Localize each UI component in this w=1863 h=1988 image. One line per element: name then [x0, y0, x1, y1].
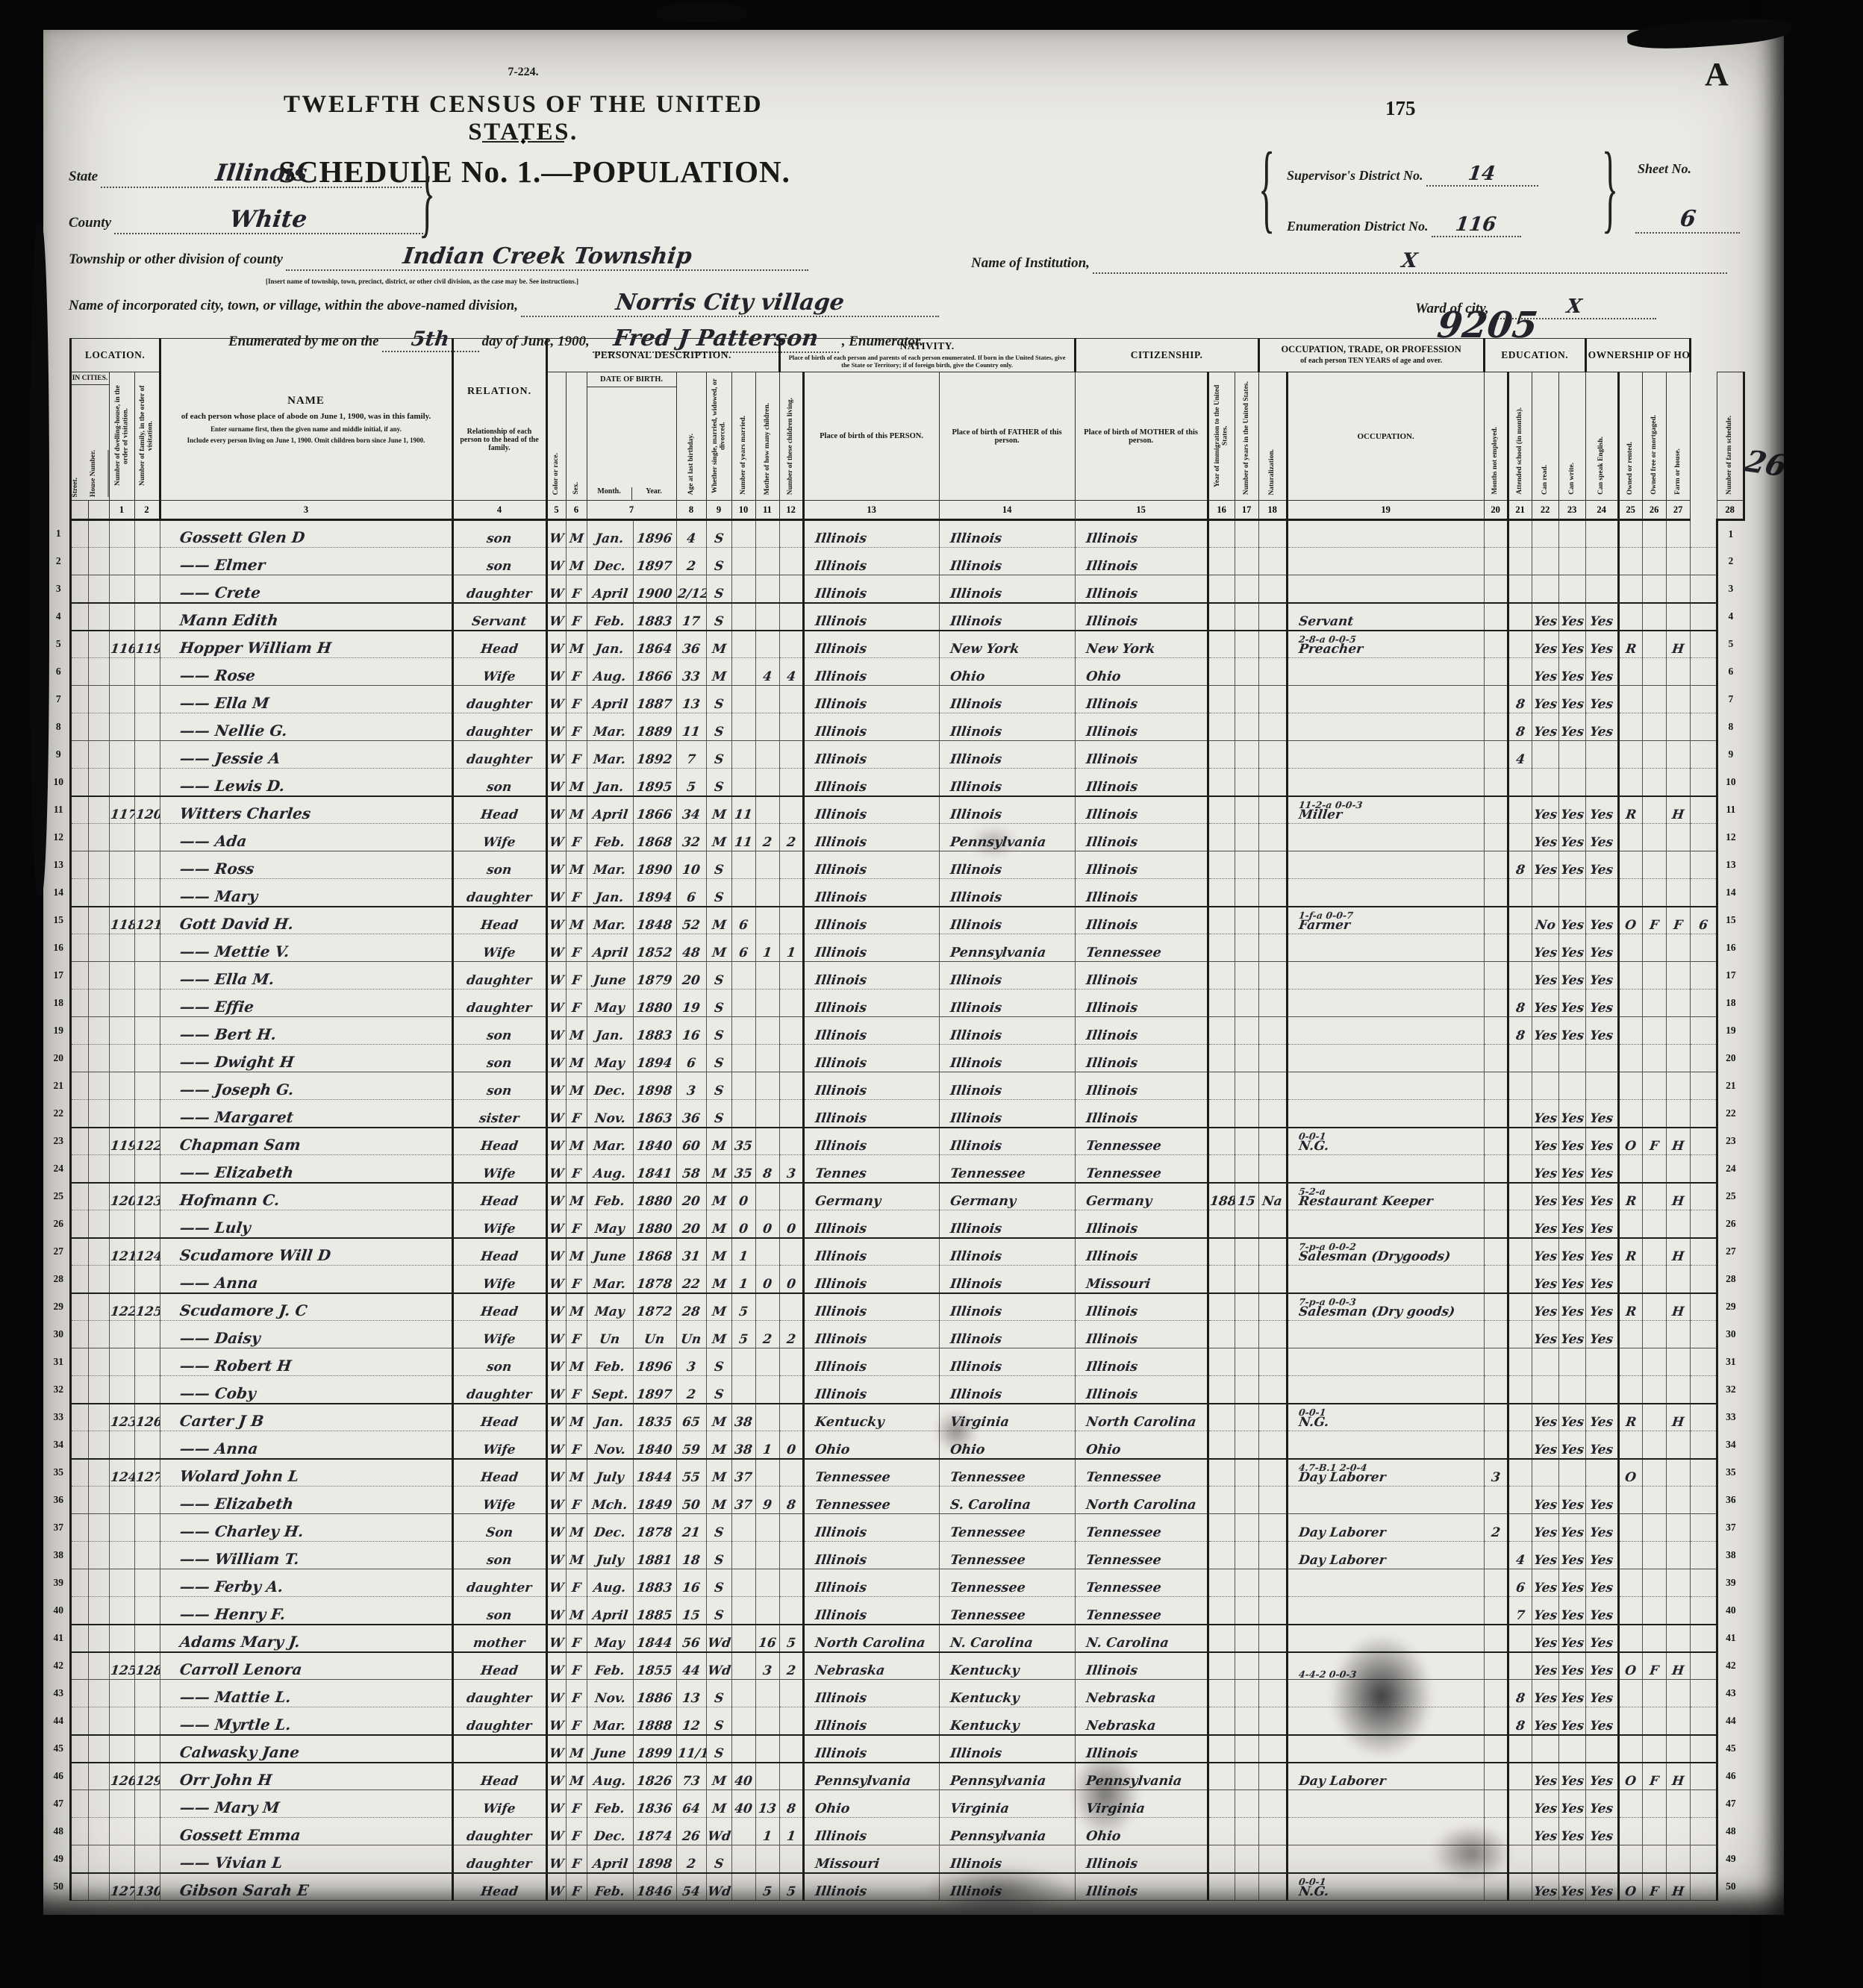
- handwritten-value: 11: [734, 809, 753, 822]
- cell-can-read: Yes: [1532, 1542, 1558, 1569]
- handwritten-value: Illinois: [814, 1527, 867, 1540]
- cell-free-mortgaged: [1642, 1183, 1666, 1210]
- cell-house-number: [88, 1238, 109, 1266]
- handwritten-value: —— Mattie L.: [178, 1690, 291, 1704]
- cell-age: 2: [676, 1376, 706, 1404]
- handwritten-value: Yes: [1589, 1444, 1614, 1457]
- handwritten-value: H: [1671, 1306, 1685, 1319]
- handwritten-value: Illinois: [814, 1223, 867, 1237]
- handwritten-value: 2/12: [676, 588, 706, 601]
- cell-naturalization: [1258, 1238, 1287, 1266]
- cell-marital-status: S: [706, 1514, 731, 1542]
- cell-birth-month: April: [587, 686, 633, 713]
- cell-relation: Wife: [452, 1155, 546, 1183]
- cell-can-read: [1532, 548, 1558, 575]
- cell-relation: daughter: [452, 990, 546, 1017]
- handwritten-value: Yes: [1560, 1416, 1585, 1429]
- cell-name: —— Myrtle L.: [160, 1707, 452, 1735]
- cell-attended-school: [1508, 879, 1532, 907]
- handwritten-value: 1840: [636, 1140, 673, 1153]
- cell-sex: F: [566, 1431, 587, 1459]
- cell-farm-schedule: [1690, 1293, 1717, 1321]
- cell-naturalization: [1258, 1045, 1287, 1072]
- cell-birth-month: May: [587, 1293, 633, 1321]
- cell-mother-of-children: [755, 1514, 779, 1542]
- cell-years-in-us: [1235, 851, 1258, 879]
- cell-family-number: 124: [134, 1238, 160, 1266]
- cell-years-married: [731, 1348, 755, 1376]
- title-divider: ◆: [482, 137, 564, 146]
- handwritten-value: M: [711, 809, 727, 822]
- cell-birth-year: 1899: [633, 1735, 676, 1763]
- cell-farm-house: [1666, 769, 1690, 796]
- cell-pob-mother: Tennessee: [1075, 1514, 1208, 1542]
- handwritten-value: Tennessee: [1085, 1554, 1162, 1568]
- handwritten-value: F: [571, 1002, 581, 1015]
- handwritten-value: Illinois: [814, 671, 867, 684]
- handwritten-value: W: [549, 1306, 564, 1319]
- handwritten-value: 34: [681, 809, 701, 822]
- cell-months-not-employed: [1484, 1873, 1508, 1901]
- handwritten-value: Yes: [1589, 1554, 1614, 1567]
- cell-free-mortgaged: [1642, 824, 1666, 851]
- cell-street: [70, 1293, 88, 1321]
- line-number-right: 8: [1717, 713, 1744, 741]
- colnum-1: 1: [109, 501, 134, 520]
- handwritten-value: Wife: [482, 1168, 516, 1181]
- handwritten-value: Illinois: [949, 781, 1002, 795]
- cell-birth-year: 1866: [633, 658, 676, 686]
- cell-months-not-employed: [1484, 686, 1508, 713]
- cell-attended-school: 8: [1508, 1680, 1532, 1707]
- cell-house-number: [88, 1376, 109, 1404]
- cell-street: [70, 548, 88, 575]
- cell-months-not-employed: [1484, 1542, 1508, 1569]
- table-row: 41Adams Mary J.motherWFMay184456Wd165Nor…: [48, 1625, 1744, 1652]
- cell-can-speak-english: [1585, 548, 1618, 575]
- cell-pob-mother: Illinois: [1075, 769, 1208, 796]
- cell-pob-father: Pennsylvania: [939, 1763, 1075, 1790]
- cell-sex: F: [566, 1625, 587, 1652]
- handwritten-value: New York: [1085, 643, 1155, 657]
- cell-dwelling-number: [109, 1569, 134, 1597]
- cell-farm-schedule: [1690, 934, 1717, 962]
- handwritten-value: H: [1671, 1416, 1685, 1429]
- cell-pob-person: Illinois: [803, 1514, 939, 1542]
- handwritten-value: 116: [109, 643, 134, 656]
- sheet-letter: A: [1705, 55, 1729, 93]
- cell-can-write: Yes: [1558, 824, 1585, 851]
- col-header-free-mortgaged: Owned free or mortgaged.: [1642, 372, 1666, 501]
- cell-dwelling-number: [109, 686, 134, 713]
- cell-can-speak-english: Yes: [1585, 1873, 1618, 1901]
- group-ownership: OWNERSHIP OF HOME.: [1585, 339, 1690, 372]
- handwritten-value: Mar.: [593, 919, 626, 932]
- cell-name: —— Dwight H: [160, 1045, 452, 1072]
- cell-can-read: Yes: [1532, 796, 1558, 824]
- cell-pob-mother: Illinois: [1075, 1238, 1208, 1266]
- cell-pob-father: Germany: [939, 1183, 1075, 1210]
- cell-months-not-employed: [1484, 962, 1508, 990]
- handwritten-value: —— Elizabeth: [178, 1496, 294, 1511]
- line-number-right: 10: [1717, 769, 1744, 796]
- cell-sex: F: [566, 1210, 587, 1238]
- handwritten-value: S: [714, 864, 724, 877]
- cell-street: [70, 1321, 88, 1348]
- handwritten-value: Yes: [1533, 698, 1558, 711]
- cell-owned-rented: [1618, 1818, 1642, 1845]
- cell-free-mortgaged: [1642, 962, 1666, 990]
- handwritten-value: Yes: [1589, 671, 1614, 684]
- cell-house-number: [88, 1072, 109, 1100]
- cell-sex: M: [566, 1763, 587, 1790]
- cell-occupation: 4.7-B.1 2-0-4Day Laborer: [1287, 1459, 1484, 1487]
- handwritten-value: Yes: [1589, 1692, 1614, 1705]
- cell-naturalization: [1258, 1155, 1287, 1183]
- cell-marital-status: M: [706, 1404, 731, 1431]
- cell-age: 28: [676, 1293, 706, 1321]
- col-header-color-race: Color or race.: [546, 372, 566, 501]
- cell-family-number: [134, 1266, 160, 1293]
- cell-marital-status: Wd: [706, 1625, 731, 1652]
- cell-farm-house: [1666, 1845, 1690, 1873]
- cell-birth-year: 1883: [633, 603, 676, 631]
- handwritten-value: W: [549, 864, 564, 877]
- handwritten-value: S: [714, 588, 724, 601]
- colnum-25: 25: [1618, 501, 1642, 520]
- cell-age: 10: [676, 851, 706, 879]
- cell-attended-school: [1508, 1045, 1532, 1072]
- cell-years-married: 37: [731, 1487, 755, 1514]
- col-header-pob-father: Place of birth of FATHER of this person.: [939, 372, 1075, 501]
- handwritten-value: North Carolina: [1085, 1416, 1196, 1430]
- handwritten-value: 1: [762, 1444, 773, 1457]
- handwritten-value: Nov.: [593, 1113, 625, 1125]
- cell-pob-person: Illinois: [803, 1321, 939, 1348]
- cell-can-speak-english: [1585, 1735, 1618, 1763]
- cell-occupation: [1287, 879, 1484, 907]
- cell-birth-year: 1878: [633, 1266, 676, 1293]
- handwritten-value: Yes: [1533, 1278, 1558, 1291]
- census-table: LOCATION. NAME of each person whose plac…: [48, 338, 1745, 1901]
- cell-can-write: [1558, 1735, 1585, 1763]
- cell-pob-person: Illinois: [803, 1376, 939, 1404]
- handwritten-value: May: [594, 1002, 625, 1015]
- handwritten-value: 32: [681, 837, 701, 849]
- cell-can-read: Yes: [1532, 934, 1558, 962]
- handwritten-value: 12: [681, 1720, 701, 1733]
- line-number-left: 25: [48, 1183, 70, 1210]
- handwritten-value: Servant: [1298, 616, 1354, 628]
- cell-farm-house: H: [1666, 1238, 1690, 1266]
- cell-farm-house: [1666, 1542, 1690, 1569]
- line-number-left: 3: [48, 575, 70, 603]
- handwritten-value: M: [569, 809, 584, 822]
- cell-immigration-year: [1208, 1404, 1235, 1431]
- line-number-left: 27: [48, 1238, 70, 1266]
- cell-color-race: W: [546, 1100, 566, 1128]
- cell-can-write: Yes: [1558, 1017, 1585, 1045]
- handwritten-value: R: [1625, 1251, 1637, 1263]
- cell-age: 19: [676, 990, 706, 1017]
- cell-birth-month: Un: [587, 1321, 633, 1348]
- cell-months-not-employed: [1484, 631, 1508, 658]
- cell-street: [70, 1487, 88, 1514]
- cell-birth-month: Jan.: [587, 520, 633, 548]
- handwritten-value: Yes: [1589, 1831, 1614, 1843]
- cell-name: Witters Charles: [160, 796, 452, 824]
- handwritten-value: Missouri: [1085, 1278, 1151, 1292]
- line-number-left: 36: [48, 1487, 70, 1514]
- handwritten-value: Illinois: [949, 1858, 1002, 1872]
- handwritten-value: Jan.: [595, 892, 624, 904]
- handwritten-value: 35: [734, 1140, 753, 1153]
- col-header-can-write: Can write.: [1558, 372, 1585, 501]
- cell-birth-year: 1889: [633, 713, 676, 741]
- cell-pob-father: Illinois: [939, 1376, 1075, 1404]
- handwritten-value: 40: [734, 1775, 753, 1788]
- table-row: 1Gossett Glen DsonWMJan.18964SIllinoisIl…: [48, 520, 1744, 548]
- cell-age: 16: [676, 1017, 706, 1045]
- cell-months-not-employed: [1484, 879, 1508, 907]
- line-number-right: 12: [1717, 824, 1744, 851]
- handwritten-value: Mann Edith: [178, 613, 278, 628]
- cell-owned-rented: [1618, 1542, 1642, 1569]
- colnum-22: 22: [1532, 501, 1558, 520]
- state-value: Illinois: [214, 160, 309, 187]
- handwritten-value: Illinois: [949, 616, 1002, 629]
- cell-years-married: 1: [731, 1238, 755, 1266]
- cell-relation: daughter: [452, 686, 546, 713]
- handwritten-value: W: [549, 1334, 564, 1346]
- cell-naturalization: [1258, 1652, 1287, 1680]
- cell-naturalization: Na: [1258, 1183, 1287, 1210]
- handwritten-value: 2: [786, 837, 796, 849]
- cell-relation: Wife: [452, 1431, 546, 1459]
- cell-dwelling-number: [109, 713, 134, 741]
- line-number-left: 43: [48, 1680, 70, 1707]
- cell-years-married: [731, 879, 755, 907]
- cell-pob-person: Illinois: [803, 1818, 939, 1845]
- handwritten-value: Hopper William H: [178, 640, 331, 655]
- cell-can-write: Yes: [1558, 1818, 1585, 1845]
- handwritten-value: W: [549, 1002, 564, 1015]
- handwritten-value: Illinois: [949, 1251, 1002, 1264]
- cell-street: [70, 824, 88, 851]
- cell-farm-schedule: [1690, 1431, 1717, 1459]
- cell-months-not-employed: [1484, 1045, 1508, 1072]
- cell-sex: F: [566, 1487, 587, 1514]
- cell-pob-father: Tennessee: [939, 1155, 1075, 1183]
- cell-mother-of-children: [755, 1597, 779, 1625]
- handwritten-value: Yes: [1533, 1334, 1558, 1346]
- film-border-top: [0, 0, 1863, 30]
- cell-owned-rented: R: [1618, 1293, 1642, 1321]
- cell-attended-school: [1508, 658, 1532, 686]
- handwritten-value: 38: [734, 1416, 753, 1429]
- handwritten-value: Yes: [1533, 1803, 1558, 1816]
- handwritten-value: N.G.: [1298, 1416, 1329, 1429]
- handwritten-value: son: [486, 1085, 512, 1098]
- cell-dwelling-number: [109, 1680, 134, 1707]
- cell-birth-month: July: [587, 1542, 633, 1569]
- colnum-6: 6: [566, 501, 587, 520]
- handwritten-value: Tennessee: [814, 1472, 890, 1485]
- line-number-left: 16: [48, 934, 70, 962]
- cell-color-race: W: [546, 1293, 566, 1321]
- col-header-marital: Whether single, married, widowed, or div…: [706, 372, 731, 501]
- cell-mother-of-children: [755, 1569, 779, 1597]
- colnum-18: 18: [1258, 501, 1287, 520]
- cell-can-read: Yes: [1532, 1404, 1558, 1431]
- cell-pob-father: Illinois: [939, 1348, 1075, 1376]
- cell-family-number: [134, 1707, 160, 1735]
- cell-pob-person: Illinois: [803, 1707, 939, 1735]
- cell-sex: F: [566, 1569, 587, 1597]
- handwritten-value: 10: [681, 864, 701, 877]
- cell-can-read: [1532, 1348, 1558, 1376]
- handwritten-value: 56: [681, 1637, 701, 1650]
- cell-name: —— Luly: [160, 1210, 452, 1238]
- cell-farm-schedule: [1690, 1017, 1717, 1045]
- cell-children-living: [779, 962, 803, 990]
- handwritten-value: Pennsylvania: [814, 1775, 911, 1789]
- cell-farm-house: [1666, 1487, 1690, 1514]
- handwritten-value: Wife: [482, 1334, 516, 1346]
- handwritten-value: Yes: [1589, 1223, 1614, 1236]
- cell-street: [70, 1128, 88, 1155]
- cell-pob-mother: Pennsylvania: [1075, 1763, 1208, 1790]
- cell-occupation: [1287, 1625, 1484, 1652]
- cell-immigration-year: [1208, 1321, 1235, 1348]
- cell-birth-month: Mar.: [587, 907, 633, 934]
- cell-children-living: [779, 631, 803, 658]
- cell-sex: M: [566, 851, 587, 879]
- line-number-right: 4: [1717, 603, 1744, 631]
- handwritten-value: S: [714, 1554, 724, 1567]
- cell-occupation: [1287, 1487, 1484, 1514]
- cell-color-race: W: [546, 1376, 566, 1404]
- cell-free-mortgaged: [1642, 1293, 1666, 1321]
- handwritten-value: Illinois: [814, 1692, 867, 1706]
- handwritten-value: M: [711, 1334, 727, 1346]
- cell-years-in-us: [1235, 1155, 1258, 1183]
- cell-marital-status: S: [706, 851, 731, 879]
- cell-pob-mother: Illinois: [1075, 1293, 1208, 1321]
- handwritten-value: S. Carolina: [949, 1499, 1031, 1513]
- cell-can-write: Yes: [1558, 603, 1585, 631]
- line-number-right: 43: [1717, 1680, 1744, 1707]
- cell-birth-year: 1826: [633, 1763, 676, 1790]
- handwritten-value: Illinois: [949, 864, 1002, 878]
- handwritten-value: 120: [134, 809, 160, 822]
- handwritten-value: —— Mettie V.: [178, 944, 290, 959]
- cell-name: —— Charley H.: [160, 1514, 452, 1542]
- handwritten-value: Mar.: [593, 1720, 626, 1733]
- handwritten-value: Yes: [1560, 1554, 1585, 1567]
- handwritten-value: Pennsylvania: [949, 1775, 1046, 1789]
- handwritten-value: Yes: [1560, 864, 1585, 877]
- cell-occupation: Day Laborer: [1287, 1514, 1484, 1542]
- cell-marital-status: S: [706, 1045, 731, 1072]
- handwritten-value: Illinois: [949, 698, 1002, 712]
- line-number-right: 21: [1717, 1072, 1744, 1100]
- cell-free-mortgaged: [1642, 1707, 1666, 1735]
- cell-relation: Servant: [452, 603, 546, 631]
- cell-pob-person: Illinois: [803, 1735, 939, 1763]
- handwritten-value: Yes: [1589, 1775, 1614, 1788]
- line-number-right: 3: [1717, 575, 1744, 603]
- cell-color-race: W: [546, 1183, 566, 1210]
- handwritten-value: Illinois: [814, 726, 867, 740]
- cell-pob-mother: Ohio: [1075, 1431, 1208, 1459]
- handwritten-value: 1: [762, 947, 773, 960]
- cell-months-not-employed: [1484, 934, 1508, 962]
- cell-pob-father: Tennessee: [939, 1542, 1075, 1569]
- cell-name: —— Elizabeth: [160, 1155, 452, 1183]
- handwritten-value: F: [571, 1665, 581, 1678]
- handwritten-value: June: [593, 1251, 627, 1263]
- handwritten-value: Yes: [1589, 1030, 1614, 1043]
- table-row: 11117120Witters CharlesHeadWMApril186634…: [48, 796, 1744, 824]
- handwritten-value: Illinois: [814, 1748, 867, 1761]
- cell-street: [70, 1569, 88, 1597]
- cell-can-write: Yes: [1558, 631, 1585, 658]
- handwritten-value: Yes: [1560, 1140, 1585, 1153]
- cell-mother-of-children: 1: [755, 1431, 779, 1459]
- handwritten-value: 20: [681, 1223, 701, 1236]
- cell-can-write: Yes: [1558, 1431, 1585, 1459]
- cell-sex: F: [566, 1100, 587, 1128]
- cell-occupation: [1287, 1707, 1484, 1735]
- cell-birth-year: 1898: [633, 1072, 676, 1100]
- line-number-left: 38: [48, 1542, 70, 1569]
- cell-immigration-year: [1208, 658, 1235, 686]
- cell-age: 44: [676, 1652, 706, 1680]
- cell-birth-month: April: [587, 934, 633, 962]
- cell-mother-of-children: [755, 686, 779, 713]
- cell-years-married: [731, 1818, 755, 1845]
- cell-birth-year: 1895: [633, 769, 676, 796]
- cell-marital-status: S: [706, 713, 731, 741]
- cell-can-read: Yes: [1532, 1238, 1558, 1266]
- line-number-left: 42: [48, 1652, 70, 1680]
- handwritten-value: Germany: [1085, 1195, 1152, 1209]
- line-number-right: 49: [1717, 1845, 1744, 1873]
- cell-name: —— Elmer: [160, 548, 452, 575]
- handwritten-value: Yes: [1533, 1306, 1558, 1319]
- cell-pob-person: Illinois: [803, 851, 939, 879]
- cell-pob-father: Illinois: [939, 575, 1075, 603]
- handwritten-value: 3: [686, 1361, 696, 1374]
- colnum-4: 4: [452, 501, 546, 520]
- line-number-left: 35: [48, 1459, 70, 1487]
- handwritten-value: F: [571, 698, 581, 711]
- handwritten-value: Salesman (Drygoods): [1298, 1251, 1451, 1263]
- handwritten-value: Ohio: [949, 671, 984, 684]
- cell-months-not-employed: [1484, 1707, 1508, 1735]
- cell-farm-house: H: [1666, 1652, 1690, 1680]
- cell-street: [70, 631, 88, 658]
- cell-age: 13: [676, 1680, 706, 1707]
- handwritten-value: S: [714, 1030, 724, 1043]
- cell-attended-school: [1508, 1183, 1532, 1210]
- cell-name: —— Ferby A.: [160, 1569, 452, 1597]
- cell-owned-rented: [1618, 769, 1642, 796]
- cell-attended-school: [1508, 1625, 1532, 1652]
- cell-years-in-us: [1235, 1045, 1258, 1072]
- cell-name: —— Bert H.: [160, 1017, 452, 1045]
